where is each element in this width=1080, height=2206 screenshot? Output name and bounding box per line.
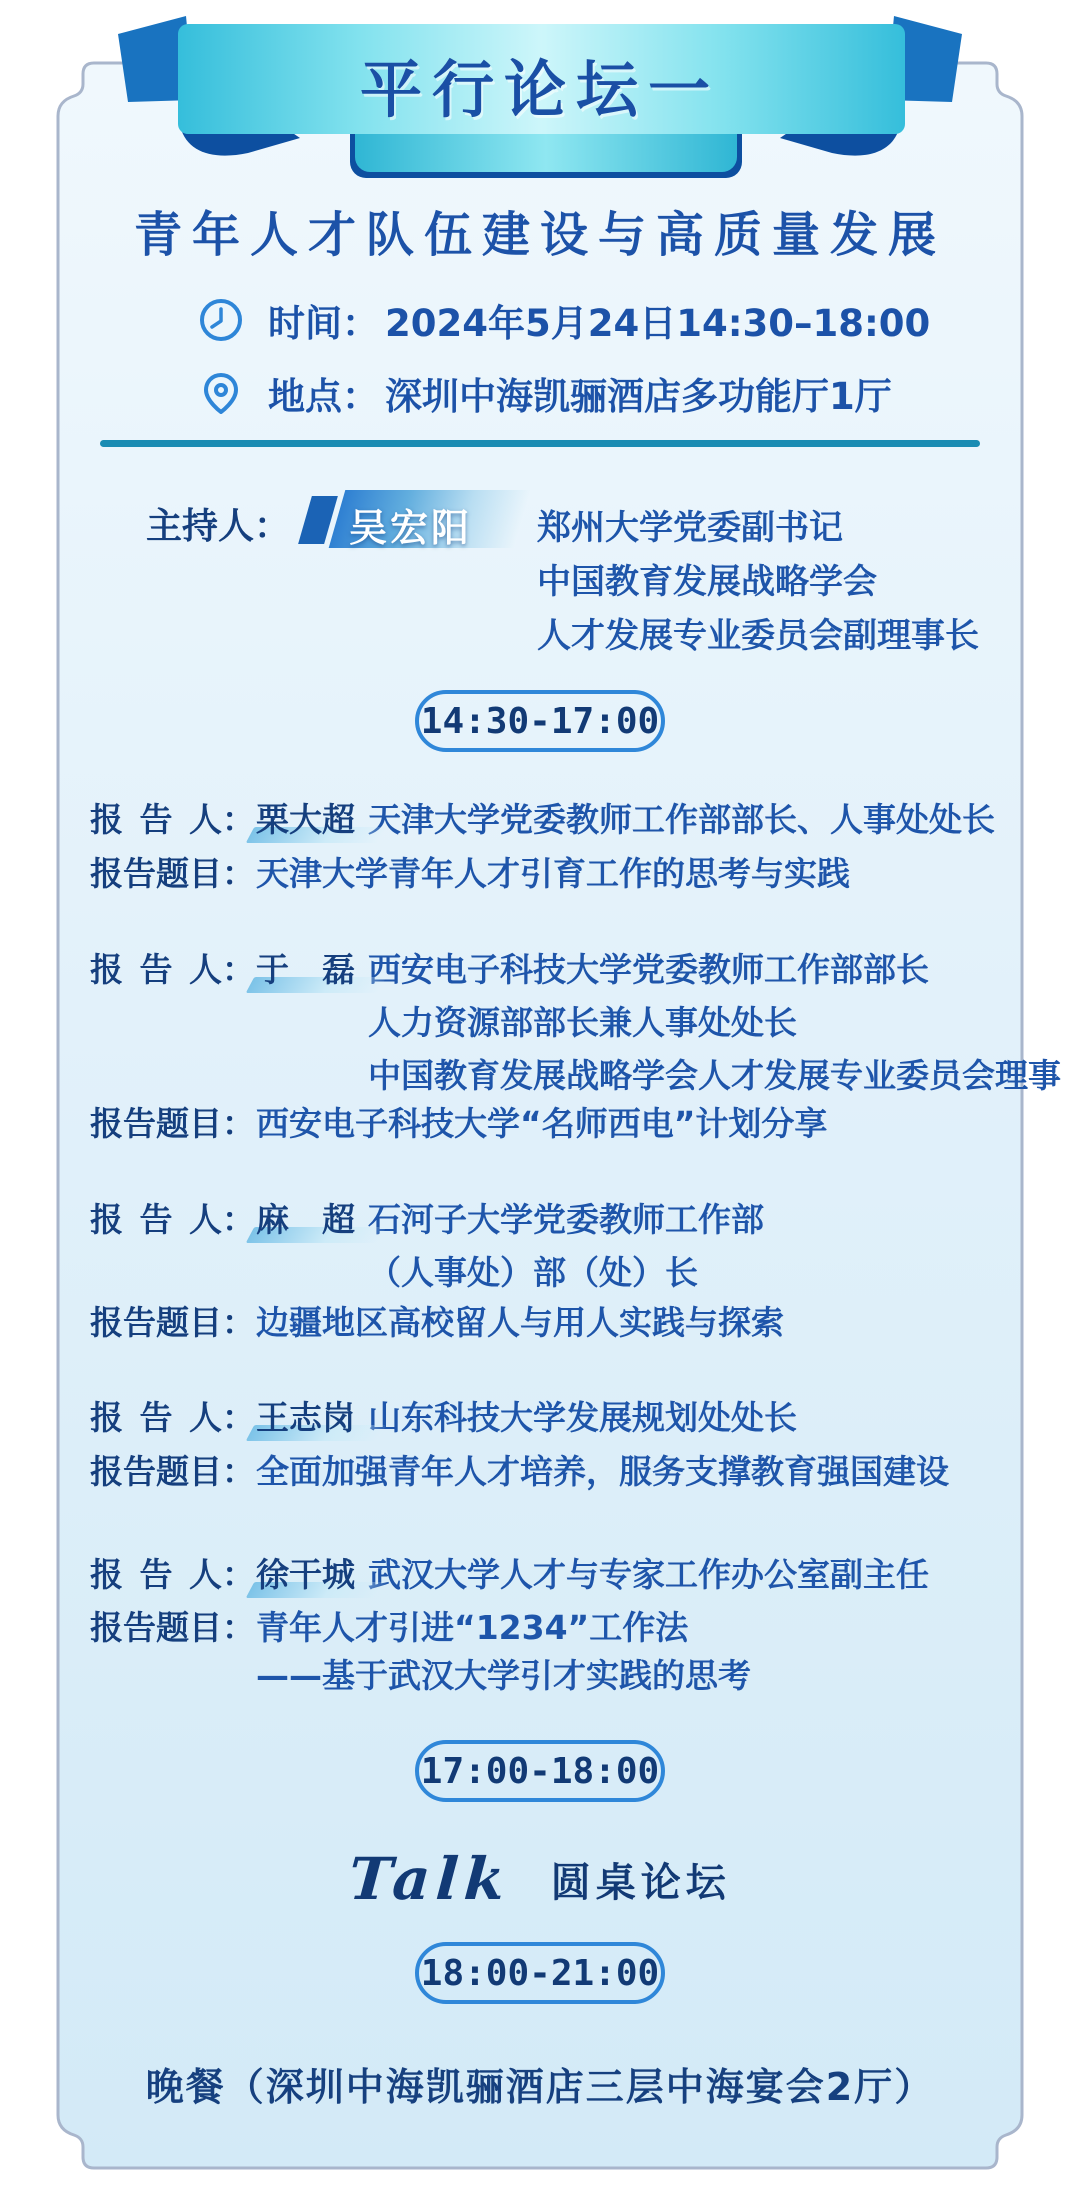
speaker-affiliation: 武汉大学人才与专家工作办公室副主任 xyxy=(368,1552,929,1598)
topic-label: 报告题目： xyxy=(90,851,256,897)
speaker-name: 王志岗 xyxy=(256,1395,368,1441)
speaker-name: 麻 超 xyxy=(256,1197,368,1243)
speaker-affiliation: （人事处）部（处）长 xyxy=(368,1250,698,1296)
speaker-label: 报 告 人： xyxy=(90,797,256,843)
time-value: 2024年5月24日14:30–18:00 xyxy=(385,302,930,345)
dinner-note: 晚餐（深圳中海凯骊酒店三层中海宴会2厅） xyxy=(0,2056,1080,2111)
banner-title: 平行论坛一 xyxy=(0,40,1080,129)
speaker-affiliation: 天津大学党委教师工作部部长、人事处处长 xyxy=(368,797,995,843)
session2-time-pill: 17:00-18:00 xyxy=(415,1740,665,1802)
host-title-line: 中国教育发展战略学会 xyxy=(537,554,877,603)
speaker-affiliation: 中国教育发展战略学会人才发展专业委员会理事 xyxy=(368,1053,1061,1099)
roundtable-row: Talk 圆桌论坛 xyxy=(0,1845,1080,1913)
topic-text: 西安电子科技大学“名师西电”计划分享 xyxy=(256,1101,827,1147)
topic-row: 报告题目： 青年人才引进“1234”工作法 xyxy=(90,1605,688,1651)
location-pin-icon xyxy=(198,370,244,416)
section-divider xyxy=(100,440,980,447)
topic-text: 全面加强青年人才培养，服务支撑教育强国建设 xyxy=(256,1449,949,1495)
speaker-name: 徐干城 xyxy=(256,1552,368,1598)
speaker-affiliation: 山东科技大学发展规划处处长 xyxy=(368,1395,797,1441)
host-name-badge: 吴宏阳 xyxy=(305,490,523,548)
location-row: 地点：深圳中海凯骊酒店多功能厅1厅 xyxy=(198,366,892,420)
session3-time-pill: 18:00-21:00 xyxy=(415,1942,665,2004)
host-name: 吴宏阳 xyxy=(349,497,472,552)
topic-row: 报告题目： 全面加强青年人才培养，服务支撑教育强国建设 xyxy=(90,1449,949,1495)
host-label: 主持人： xyxy=(146,498,290,549)
speaker-name: 于 磊 xyxy=(256,947,368,993)
location-text: 地点：深圳中海凯骊酒店多功能厅1厅 xyxy=(268,366,892,420)
forum-title: 青年人才队伍建设与高质量发展 xyxy=(0,196,1080,265)
speaker-name: 栗大超 xyxy=(256,797,368,843)
topic-text: 天津大学青年人才引育工作的思考与实践 xyxy=(256,851,850,897)
speaker-row: 报 告 人： 徐干城 武汉大学人才与专家工作办公室副主任 xyxy=(90,1552,929,1598)
roundtable-title: 圆桌论坛 xyxy=(551,1851,731,1908)
topic-label: 报告题目： xyxy=(90,1101,256,1147)
speaker-row: 报 告 人： 王志岗 山东科技大学发展规划处处长 xyxy=(90,1395,797,1441)
location-value: 深圳中海凯骊酒店多功能厅1厅 xyxy=(385,375,892,418)
time-label: 时间： xyxy=(268,302,379,345)
topic-row: 报告题目： 西安电子科技大学“名师西电”计划分享 xyxy=(90,1101,827,1147)
topic-label: 报告题目： xyxy=(90,1605,256,1651)
speaker-label: 报 告 人： xyxy=(90,1395,256,1441)
speaker-label: 报 告 人： xyxy=(90,947,256,993)
topic-label: 报告题目： xyxy=(90,1300,256,1346)
speaker-label: 报 告 人： xyxy=(90,1552,256,1598)
poster-page: 平行论坛一 青年人才队伍建设与高质量发展 时间：2024年5月24日14:30–… xyxy=(0,0,1080,2206)
speaker-affiliation: 石河子大学党委教师工作部 xyxy=(368,1197,764,1243)
session1-time-pill: 14:30-17:00 xyxy=(415,690,665,752)
speaker-row: 报 告 人： 于 磊 西安电子科技大学党委教师工作部部长 xyxy=(90,947,929,993)
topic-label: 报告题目： xyxy=(90,1449,256,1495)
speaker-row: 报 告 人： 麻 超 石河子大学党委教师工作部 xyxy=(90,1197,764,1243)
topic-row: 报告题目： 天津大学青年人才引育工作的思考与实践 xyxy=(90,851,850,897)
topic-text: ——基于武汉大学引才实践的思考 xyxy=(256,1653,751,1699)
speaker-affiliation: 人力资源部部长兼人事处处长 xyxy=(368,1000,797,1046)
talk-word: Talk xyxy=(347,1845,513,1913)
speaker-affiliation: 西安电子科技大学党委教师工作部部长 xyxy=(368,947,929,993)
host-title-line: 人才发展专业委员会副理事长 xyxy=(537,608,979,657)
time-text: 时间：2024年5月24日14:30–18:00 xyxy=(268,293,930,347)
time-row: 时间：2024年5月24日14:30–18:00 xyxy=(198,293,930,347)
speaker-label: 报 告 人： xyxy=(90,1197,256,1243)
speaker-row: 报 告 人： 栗大超 天津大学党委教师工作部部长、人事处处长 xyxy=(90,797,995,843)
host-title-line: 郑州大学党委副书记 xyxy=(537,500,843,549)
clock-icon xyxy=(198,297,244,343)
topic-row: 报告题目： 边疆地区高校留人与用人实践与探索 xyxy=(90,1300,784,1346)
location-label: 地点： xyxy=(268,375,379,418)
topic-text: 边疆地区高校留人与用人实践与探索 xyxy=(256,1300,784,1346)
topic-text: 青年人才引进“1234”工作法 xyxy=(256,1605,688,1651)
